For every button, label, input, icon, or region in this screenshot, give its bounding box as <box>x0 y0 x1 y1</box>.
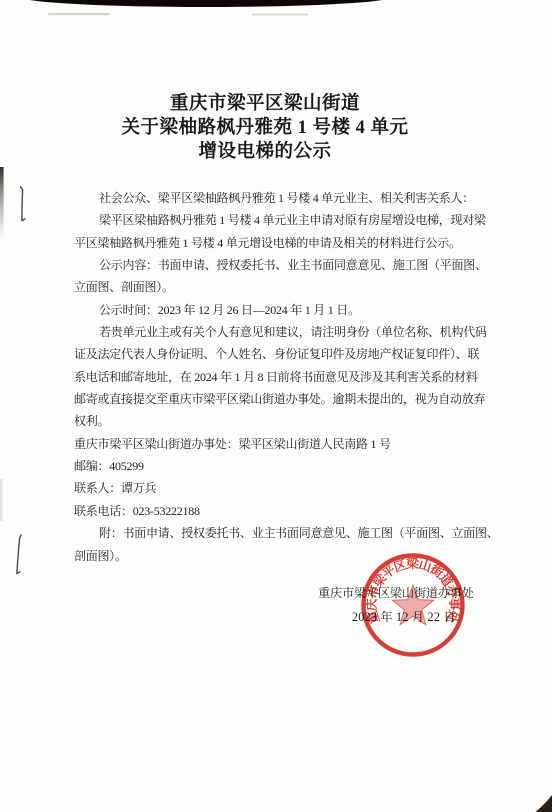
notice-body: 社会公众、梁平区梁柚路枫丹雅苑 1 号楼 4 单元业主、相关利害关系人： 梁平区… <box>74 187 514 567</box>
scan-smear-left-2 <box>0 479 2 521</box>
body-line: 系电话和邮寄地址，在 2024 年 1 月 8 日前将书面意见及涉及其利害关系的… <box>74 366 514 388</box>
attachment-line: 附：书面申请、授权委托书、业主书面同意意见、施工图（平面图、立面图、 <box>74 522 514 544</box>
scan-corner-mark <box>536 795 552 812</box>
contact-phone-line: 联系电话：023-53222188 <box>74 500 514 522</box>
official-seal: 重庆市梁平区梁山街道办事处 <box>357 549 469 661</box>
title-line-1: 重庆市梁平区梁山街道 <box>0 92 530 116</box>
body-line: 社会公众、梁平区梁柚路枫丹雅苑 1 号楼 4 单元业主、相关利害关系人： <box>74 187 514 209</box>
pen-mark-2 <box>17 535 21 574</box>
scan-streak-1 <box>48 13 110 15</box>
scan-streak-2 <box>252 14 308 16</box>
scan-shadow-top <box>19 0 393 7</box>
scan-smear-left <box>0 167 4 241</box>
title-line-2: 关于梁柚路枫丹雅苑 1 号楼 4 单元 <box>0 116 530 140</box>
body-line: 立面图、剖面图）。 <box>74 276 514 298</box>
body-line: 平区梁柚路枫丹雅苑 1 号楼 4 单元增设电梯的申请及相关的材料进行公示。 <box>74 232 514 254</box>
body-line: 证及法定代表人身份证明、个人姓名、身份证复印件及房地产权证复印件）、联 <box>74 343 514 365</box>
title-line-3: 增设电梯的公示 <box>0 140 530 164</box>
scanned-notice-page: 重庆市梁平区梁山街道 关于梁柚路枫丹雅苑 1 号楼 4 单元 增设电梯的公示 社… <box>0 0 552 812</box>
body-line: 若贵单元业主或有关个人有意见和建议，请注明身份（单位名称、机构代码 <box>74 321 514 343</box>
contact-person-line: 联系人：谭万兵 <box>74 477 514 499</box>
body-line: 公示时间：2023 年 12 月 26 日—2024 年 1 月 1 日。 <box>74 299 514 321</box>
office-address-line: 重庆市梁平区梁山街道办事处：梁平区梁山街道人民南路 1 号 <box>74 433 514 455</box>
seal-star <box>392 585 434 625</box>
body-line: 权利。 <box>74 410 514 432</box>
notice-title: 重庆市梁平区梁山街道 关于梁柚路枫丹雅苑 1 号楼 4 单元 增设电梯的公示 <box>0 92 530 164</box>
body-line: 邮寄或直接提交至重庆市梁平区梁山街道办事处。逾期未提出的，视为自动放弃 <box>74 388 514 410</box>
pen-mark-1 <box>21 187 26 221</box>
body-line: 梁平区梁柚路枫丹雅苑 1 号楼 4 单元业主申请对原有房屋增设电梯，现对梁 <box>74 209 514 231</box>
body-line: 公示内容：书面申请、授权委托书、业主书面同意意见、施工图（平面图、 <box>74 254 514 276</box>
postal-code-line: 邮编：405299 <box>74 455 514 477</box>
